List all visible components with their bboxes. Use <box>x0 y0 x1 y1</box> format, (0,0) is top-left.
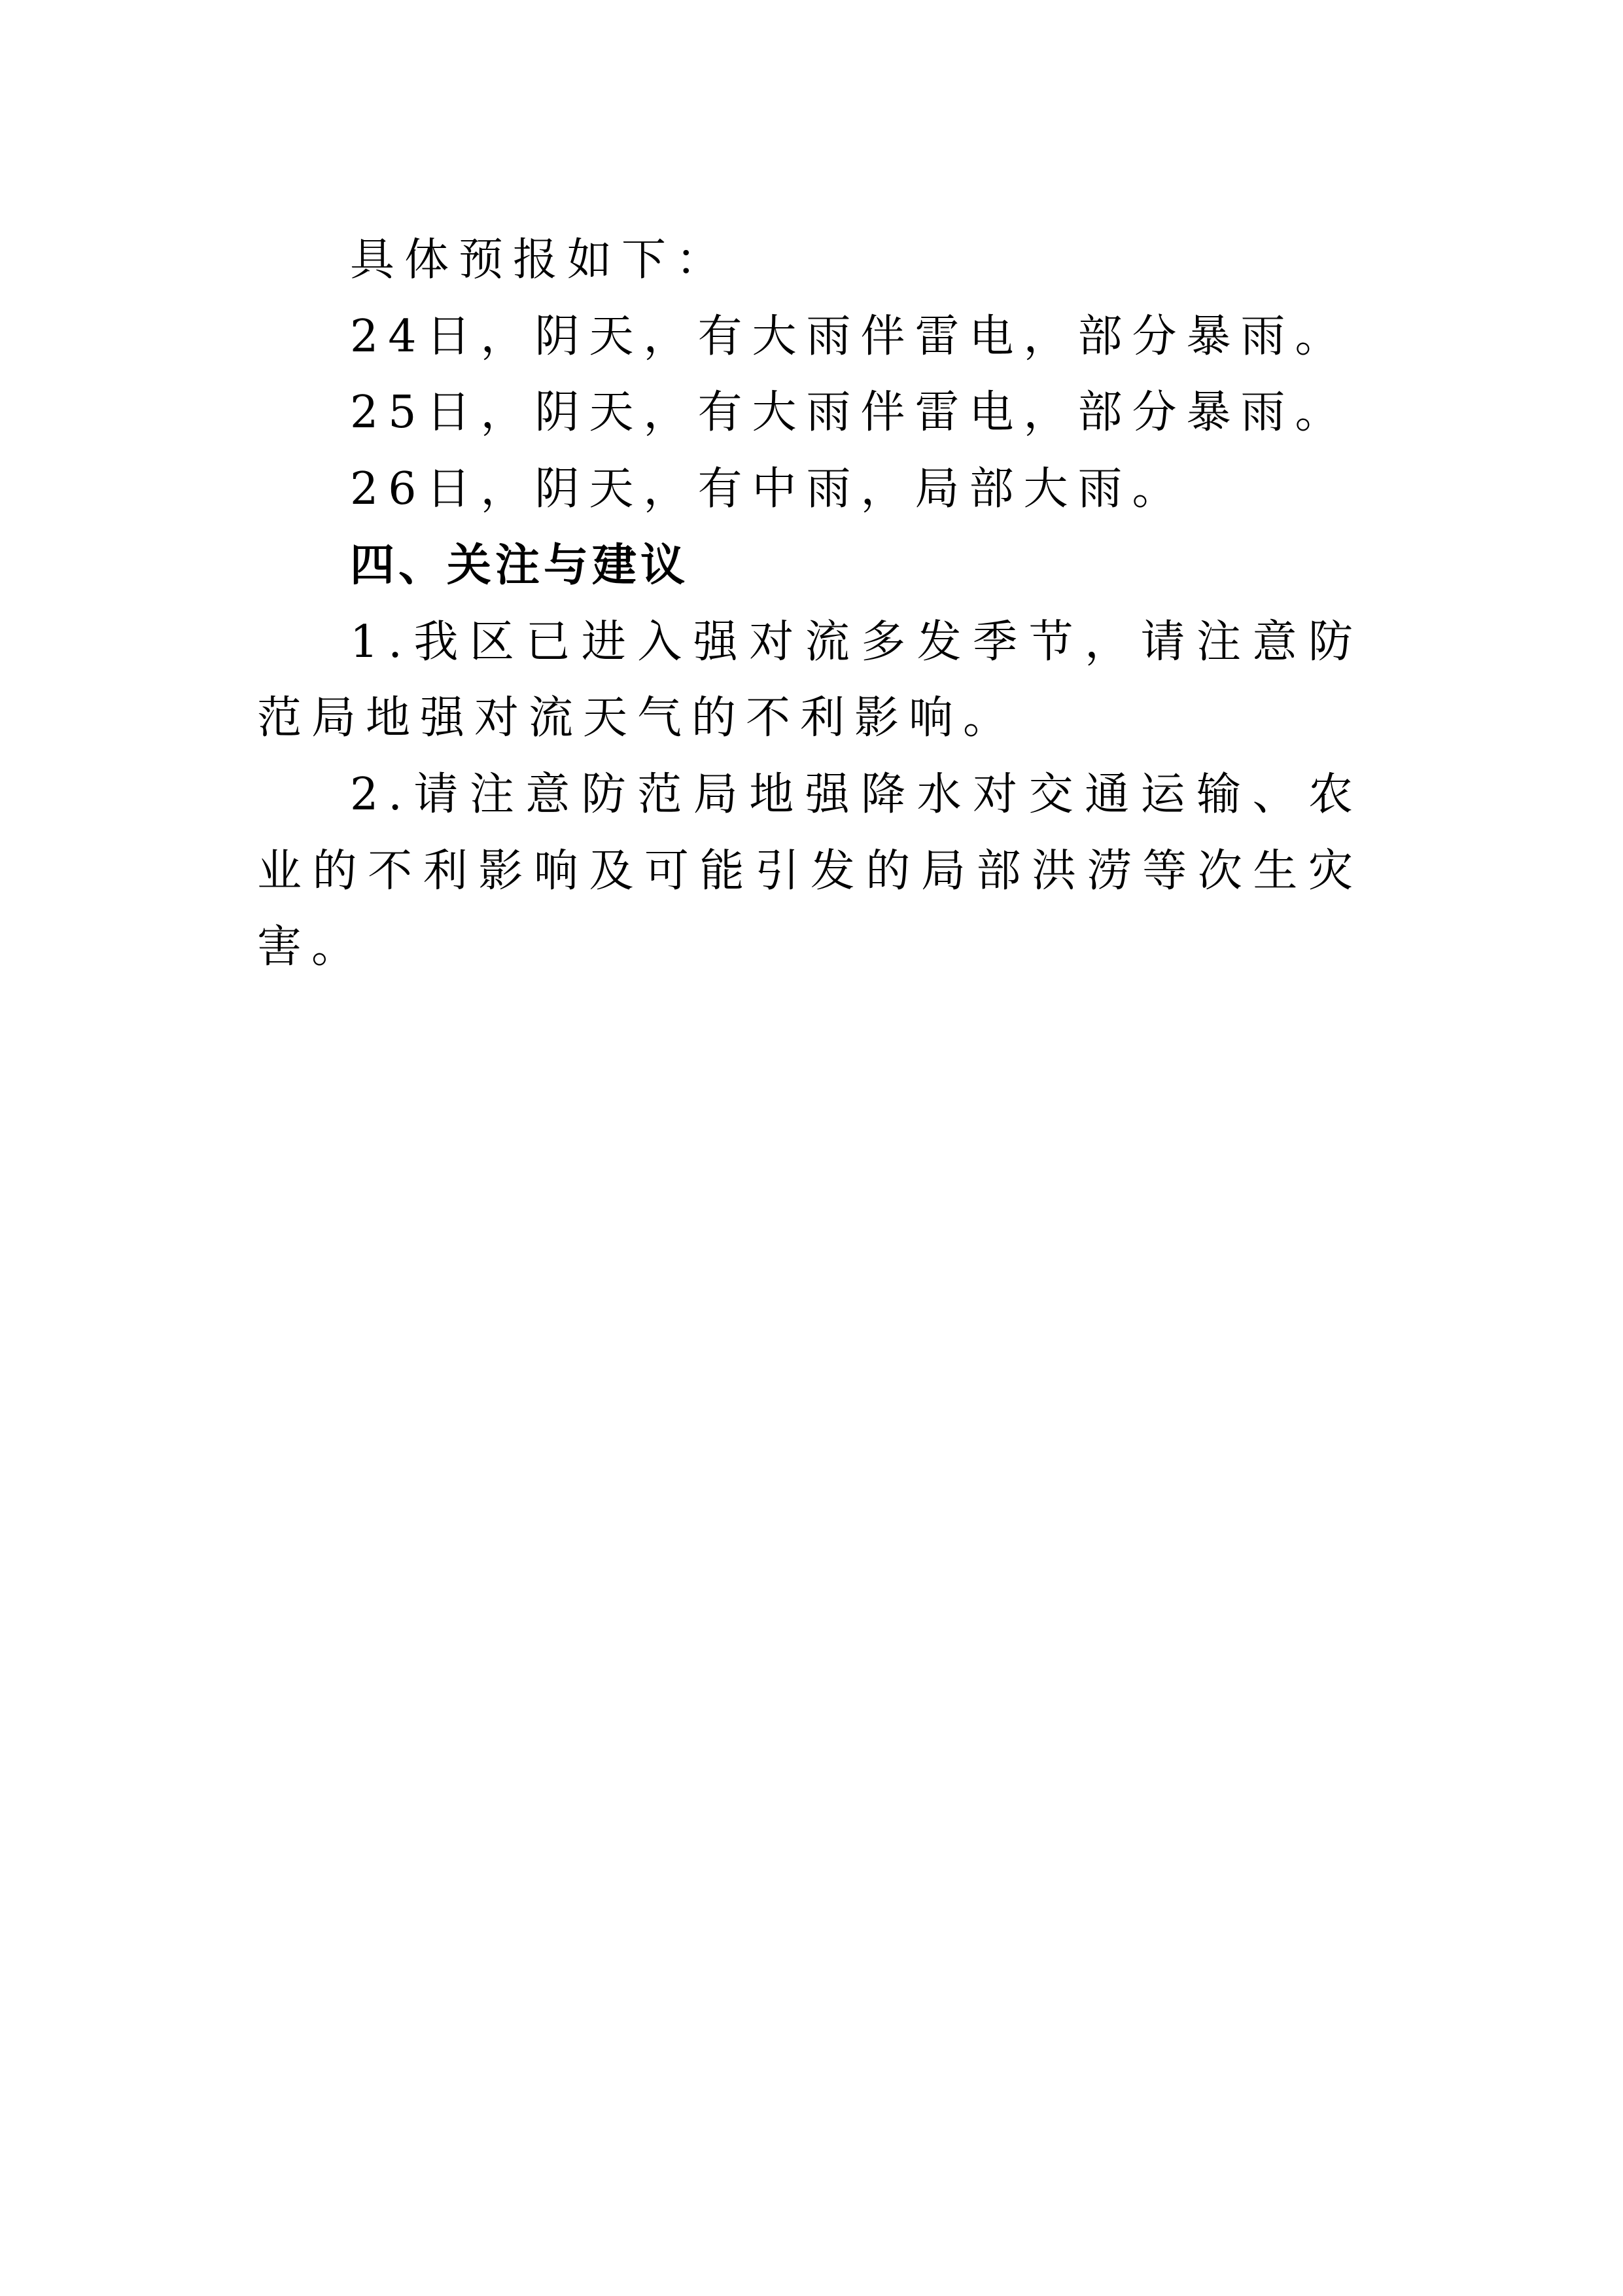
forecast-intro: 具体预报如下： <box>257 222 1363 299</box>
suggestion-1: 1.我区已进入强对流多发季节，请注意防范局地强对流天气的不利影响。 <box>257 605 1363 757</box>
section-heading: 四、关注与建议 <box>257 528 1363 605</box>
suggestion-2: 2.请注意防范局地强降水对交通运输、农业的不利影响及可能引发的局部洪涝等次生灾害… <box>257 757 1363 986</box>
document-page: 具体预报如下： 24日，阴天，有大雨伴雷电，部分暴雨。 25日，阴天，有大雨伴雷… <box>257 222 1363 986</box>
forecast-day-25: 25日，阴天，有大雨伴雷电，部分暴雨。 <box>257 375 1363 451</box>
forecast-day-26: 26日，阴天，有中雨，局部大雨。 <box>257 451 1363 528</box>
forecast-day-24: 24日，阴天，有大雨伴雷电，部分暴雨。 <box>257 299 1363 376</box>
